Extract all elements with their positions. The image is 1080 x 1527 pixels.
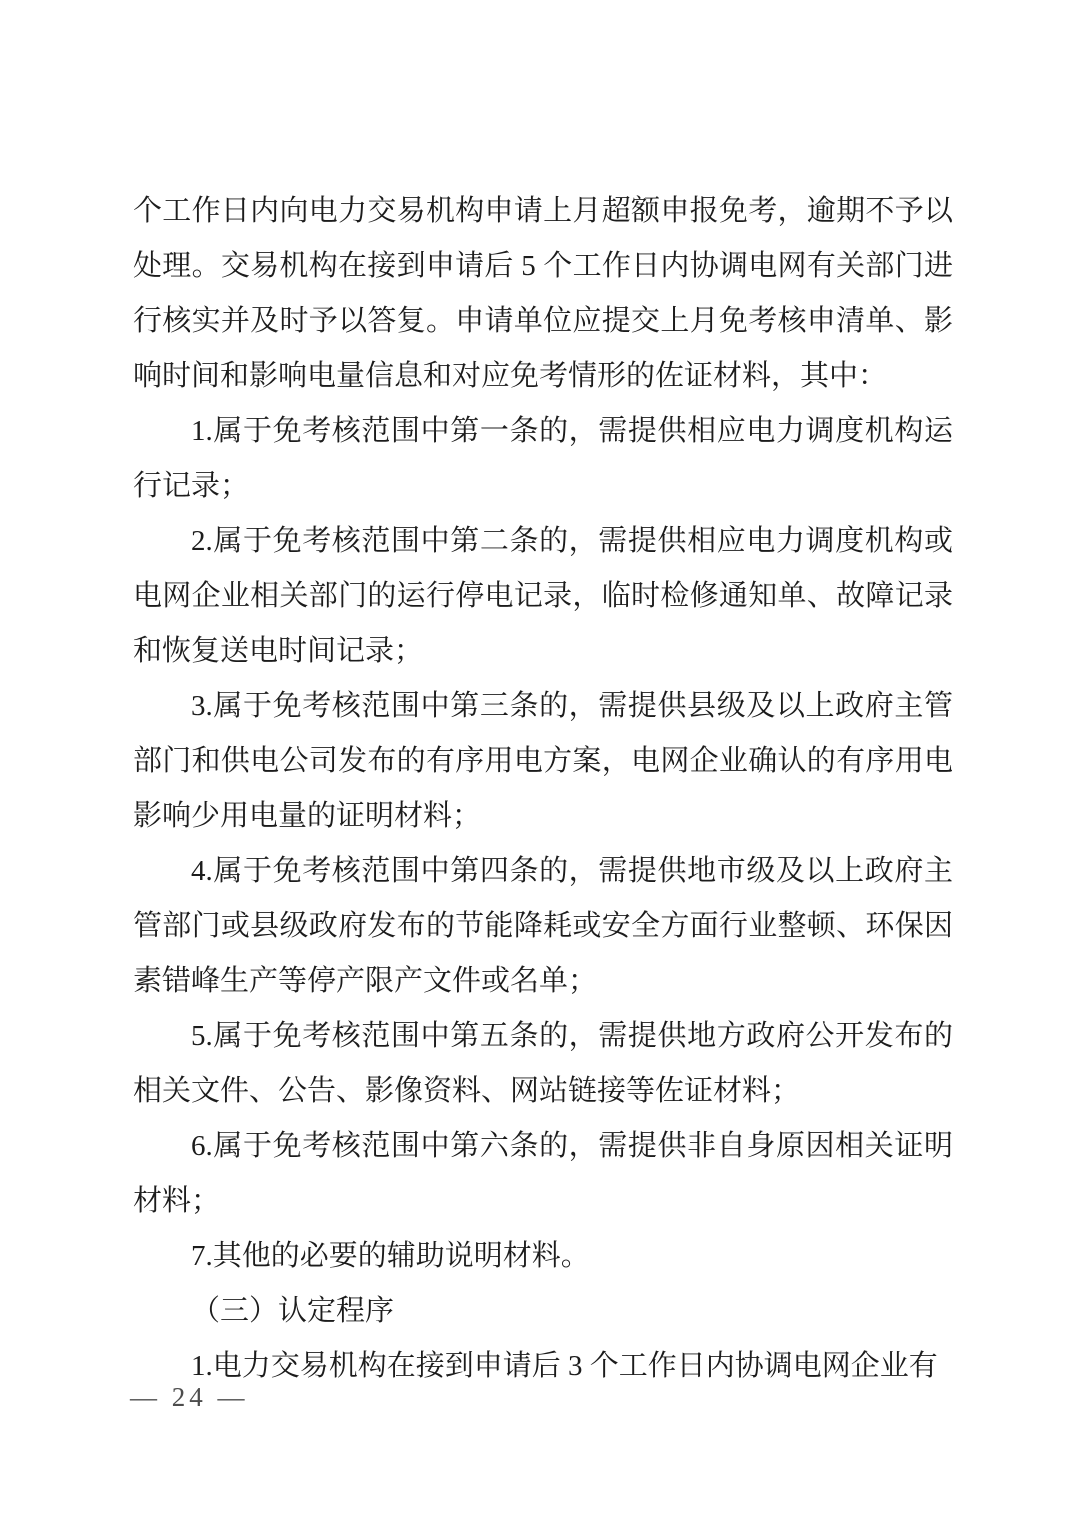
section-heading: （三）认定程序 — [133, 1284, 953, 1339]
paragraph-item-4: 4.属于免考核范围中第四条的，需提供地市级及以上政府主管部门或县级政府发布的节能… — [133, 844, 953, 1009]
paragraph-item-3: 3.属于免考核范围中第三条的，需提供县级及以上政府主管部门和供电公司发布的有序用… — [133, 679, 953, 844]
paragraph-continuation: 个工作日内向电力交易机构申请上月超额申报免考，逾期不予以处理。交易机构在接到申请… — [133, 184, 953, 404]
document-page: 个工作日内向电力交易机构申请上月超额申报免考，逾期不予以处理。交易机构在接到申请… — [0, 0, 1080, 1527]
paragraph-item-7: 7.其他的必要的辅助说明材料。 — [133, 1229, 953, 1284]
document-body: 个工作日内向电力交易机构申请上月超额申报免考，逾期不予以处理。交易机构在接到申请… — [133, 184, 953, 1394]
page-number: — 24 — — [130, 1382, 249, 1413]
paragraph-procedure-1: 1.电力交易机构在接到申请后 3 个工作日内协调电网企业有 — [133, 1339, 953, 1394]
paragraph-item-5: 5.属于免考核范围中第五条的，需提供地方政府公开发布的相关文件、公告、影像资料、… — [133, 1009, 953, 1119]
paragraph-item-6: 6.属于免考核范围中第六条的，需提供非自身原因相关证明材料； — [133, 1119, 953, 1229]
paragraph-item-1: 1.属于免考核范围中第一条的，需提供相应电力调度机构运行记录； — [133, 404, 953, 514]
paragraph-item-2: 2.属于免考核范围中第二条的，需提供相应电力调度机构或电网企业相关部门的运行停电… — [133, 514, 953, 679]
